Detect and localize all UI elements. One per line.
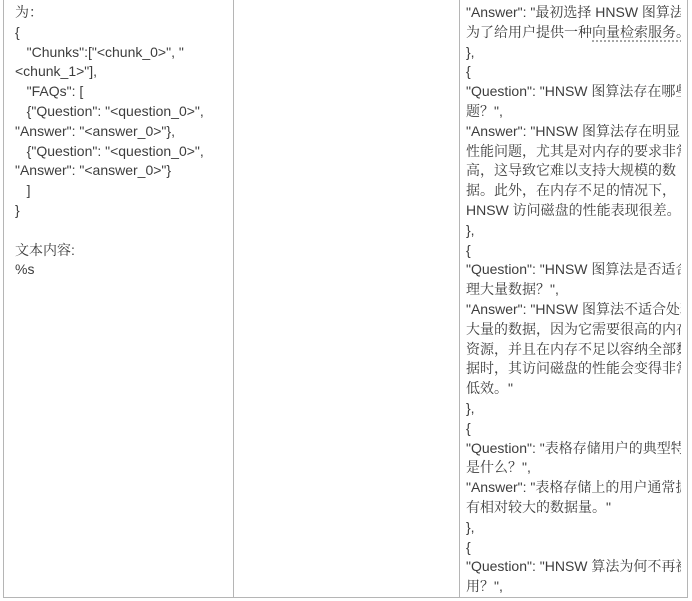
text-segment: }, (466, 44, 475, 60)
text-segment: 为了给用户提供一种 (466, 24, 592, 40)
text-segment: {"Question": "<question_0>", (15, 143, 204, 159)
text-line: "Question": "HNSW 图算法是否适合处 (466, 260, 681, 280)
text-segment: }, (466, 519, 475, 535)
text-segment: 低效。" (466, 380, 513, 396)
text-segment: { (15, 24, 20, 40)
text-segment: 据。此外，在内存不足的情况下， (466, 182, 676, 198)
text-segment: "Answer": "<answer_0>"} (15, 162, 171, 178)
text-line: "Answer": "<answer_0>"} (15, 161, 227, 181)
text-segment: %s (15, 261, 34, 277)
text-segment: { (466, 242, 471, 258)
text-line: 据。此外，在内存不足的情况下， (466, 181, 681, 201)
text-segment: 资源，并且在内存不足以容纳全部数 (466, 341, 681, 357)
text-segment: 是什么？", (466, 459, 531, 475)
text-segment: 为： (15, 4, 43, 20)
text-line: { (466, 538, 681, 558)
text-segment: { (466, 63, 471, 79)
text-line: "Question": "表格存储用户的典型特征 (466, 439, 681, 459)
text-segment: 题？", (466, 103, 503, 119)
text-line: 有相对较大的数据量。" (466, 498, 681, 518)
text-line: {"Question": "<question_0>", (15, 102, 227, 122)
text-segment: 有相对较大的数据量。" (466, 499, 611, 515)
text-segment: 据时，其访问磁盘的性能会变得非常 (466, 360, 681, 376)
text-segment: "Answer": "HNSW 图算法不适合处理 (466, 301, 681, 317)
text-line: HNSW 访问磁盘的性能表现很差。" (466, 201, 681, 221)
text-line: "Question": "HNSW 算法为何不再被使 (466, 557, 681, 577)
text-line: { (466, 62, 681, 82)
faq-output-cell: "Answer": "最初选择 HNSW 图算法是为了给用户提供一种向量检索服务… (460, 0, 687, 597)
document-page: 为：{ "Chunks":["<chunk_0>", "<chunk_1>"],… (0, 0, 692, 601)
text-line: { (466, 419, 681, 439)
text-line: 高，这导致它难以支持大规模的数 (466, 161, 681, 181)
text-segment: 性能问题，尤其是对内存的要求非常 (466, 143, 681, 159)
text-segment: "Question": "表格存储用户的典型特征 (466, 440, 681, 456)
empty-cell (234, 0, 460, 597)
content-table: 为：{ "Chunks":["<chunk_0>", "<chunk_1>"],… (3, 0, 688, 598)
text-line: %s (15, 260, 227, 280)
text-line: { (466, 241, 681, 261)
text-line: }, (466, 518, 681, 538)
text-line: "FAQs": [ (15, 82, 227, 102)
text-segment: <chunk_1>"], (15, 63, 97, 79)
text-line: 为了给用户提供一种向量检索服务。" (466, 23, 681, 43)
text-line: 题？", (466, 102, 681, 122)
text-segment: }, (466, 222, 475, 238)
text-line: 用？", (466, 577, 681, 597)
text-line: }, (466, 221, 681, 241)
text-line: "Answer": "<answer_0>"}, (15, 122, 227, 142)
text-segment: "Chunks":["<chunk_0>", " (15, 44, 184, 60)
text-segment: 大量的数据，因为它需要很高的内存 (466, 321, 681, 337)
text-line: 据时，其访问磁盘的性能会变得非常 (466, 359, 681, 379)
text-line: "Answer": "HNSW 图算法存在明显的 (466, 122, 681, 142)
text-line: 低效。" (466, 379, 681, 399)
text-segment: "Answer": "<answer_0>"}, (15, 123, 175, 139)
text-segment: 文本内容: (15, 242, 75, 258)
text-line: } (15, 201, 227, 221)
text-line: "Chunks":["<chunk_0>", " (15, 43, 227, 63)
text-segment: } (15, 202, 20, 218)
text-line: }, (466, 399, 681, 419)
text-line (15, 221, 227, 241)
text-line: "Answer": "表格存储上的用户通常拥 (466, 478, 681, 498)
text-line: ] (15, 181, 227, 201)
text-line: "Answer": "最初选择 HNSW 图算法是 (466, 3, 681, 23)
text-line: 大量的数据，因为它需要很高的内存 (466, 320, 681, 340)
text-segment: "Answer": "HNSW 图算法存在明显的 (466, 123, 681, 139)
text-line: {"Question": "<question_0>", (15, 142, 227, 162)
text-line: <chunk_1>"], (15, 62, 227, 82)
text-line: 性能问题，尤其是对内存的要求非常 (466, 142, 681, 162)
text-line: 理大量数据？", (466, 280, 681, 300)
text-segment: 高，这导致它难以支持大规模的数 (466, 162, 676, 178)
prompt-template-cell: 为：{ "Chunks":["<chunk_0>", "<chunk_1>"],… (4, 0, 234, 597)
text-line: 是什么？", (466, 458, 681, 478)
text-segment: "Question": "HNSW 图算法是否适合处 (466, 261, 681, 277)
text-segment: 理大量数据？", (466, 281, 559, 297)
text-segment: { (466, 420, 471, 436)
text-line: "Answer": "HNSW 图算法不适合处理 (466, 300, 681, 320)
text-segment: {"Question": "<question_0>", (15, 103, 204, 119)
text-segment: "Answer": "表格存储上的用户通常拥 (466, 479, 681, 495)
text-line: { (15, 23, 227, 43)
text-segment: "FAQs": [ (15, 83, 83, 99)
text-line: }, (466, 43, 681, 63)
text-line: 文本内容: (15, 241, 227, 261)
annotation-underline: 向量检索服务。 (592, 24, 681, 42)
text-segment: "Answer": "最初选择 HNSW 图算法是 (466, 4, 681, 20)
text-segment: ] (15, 182, 31, 198)
text-segment: 用？", (466, 578, 503, 594)
text-segment: "Question": "HNSW 图算法存在哪些问 (466, 83, 681, 99)
text-line: 资源，并且在内存不足以容纳全部数 (466, 340, 681, 360)
text-segment: "Question": "HNSW 算法为何不再被使 (466, 558, 681, 574)
text-segment: }, (466, 400, 475, 416)
text-line: "Question": "HNSW 图算法存在哪些问 (466, 82, 681, 102)
text-line: 为： (15, 3, 227, 23)
text-segment: { (466, 539, 471, 555)
text-segment: HNSW 访问磁盘的性能表现很差。" (466, 202, 681, 218)
